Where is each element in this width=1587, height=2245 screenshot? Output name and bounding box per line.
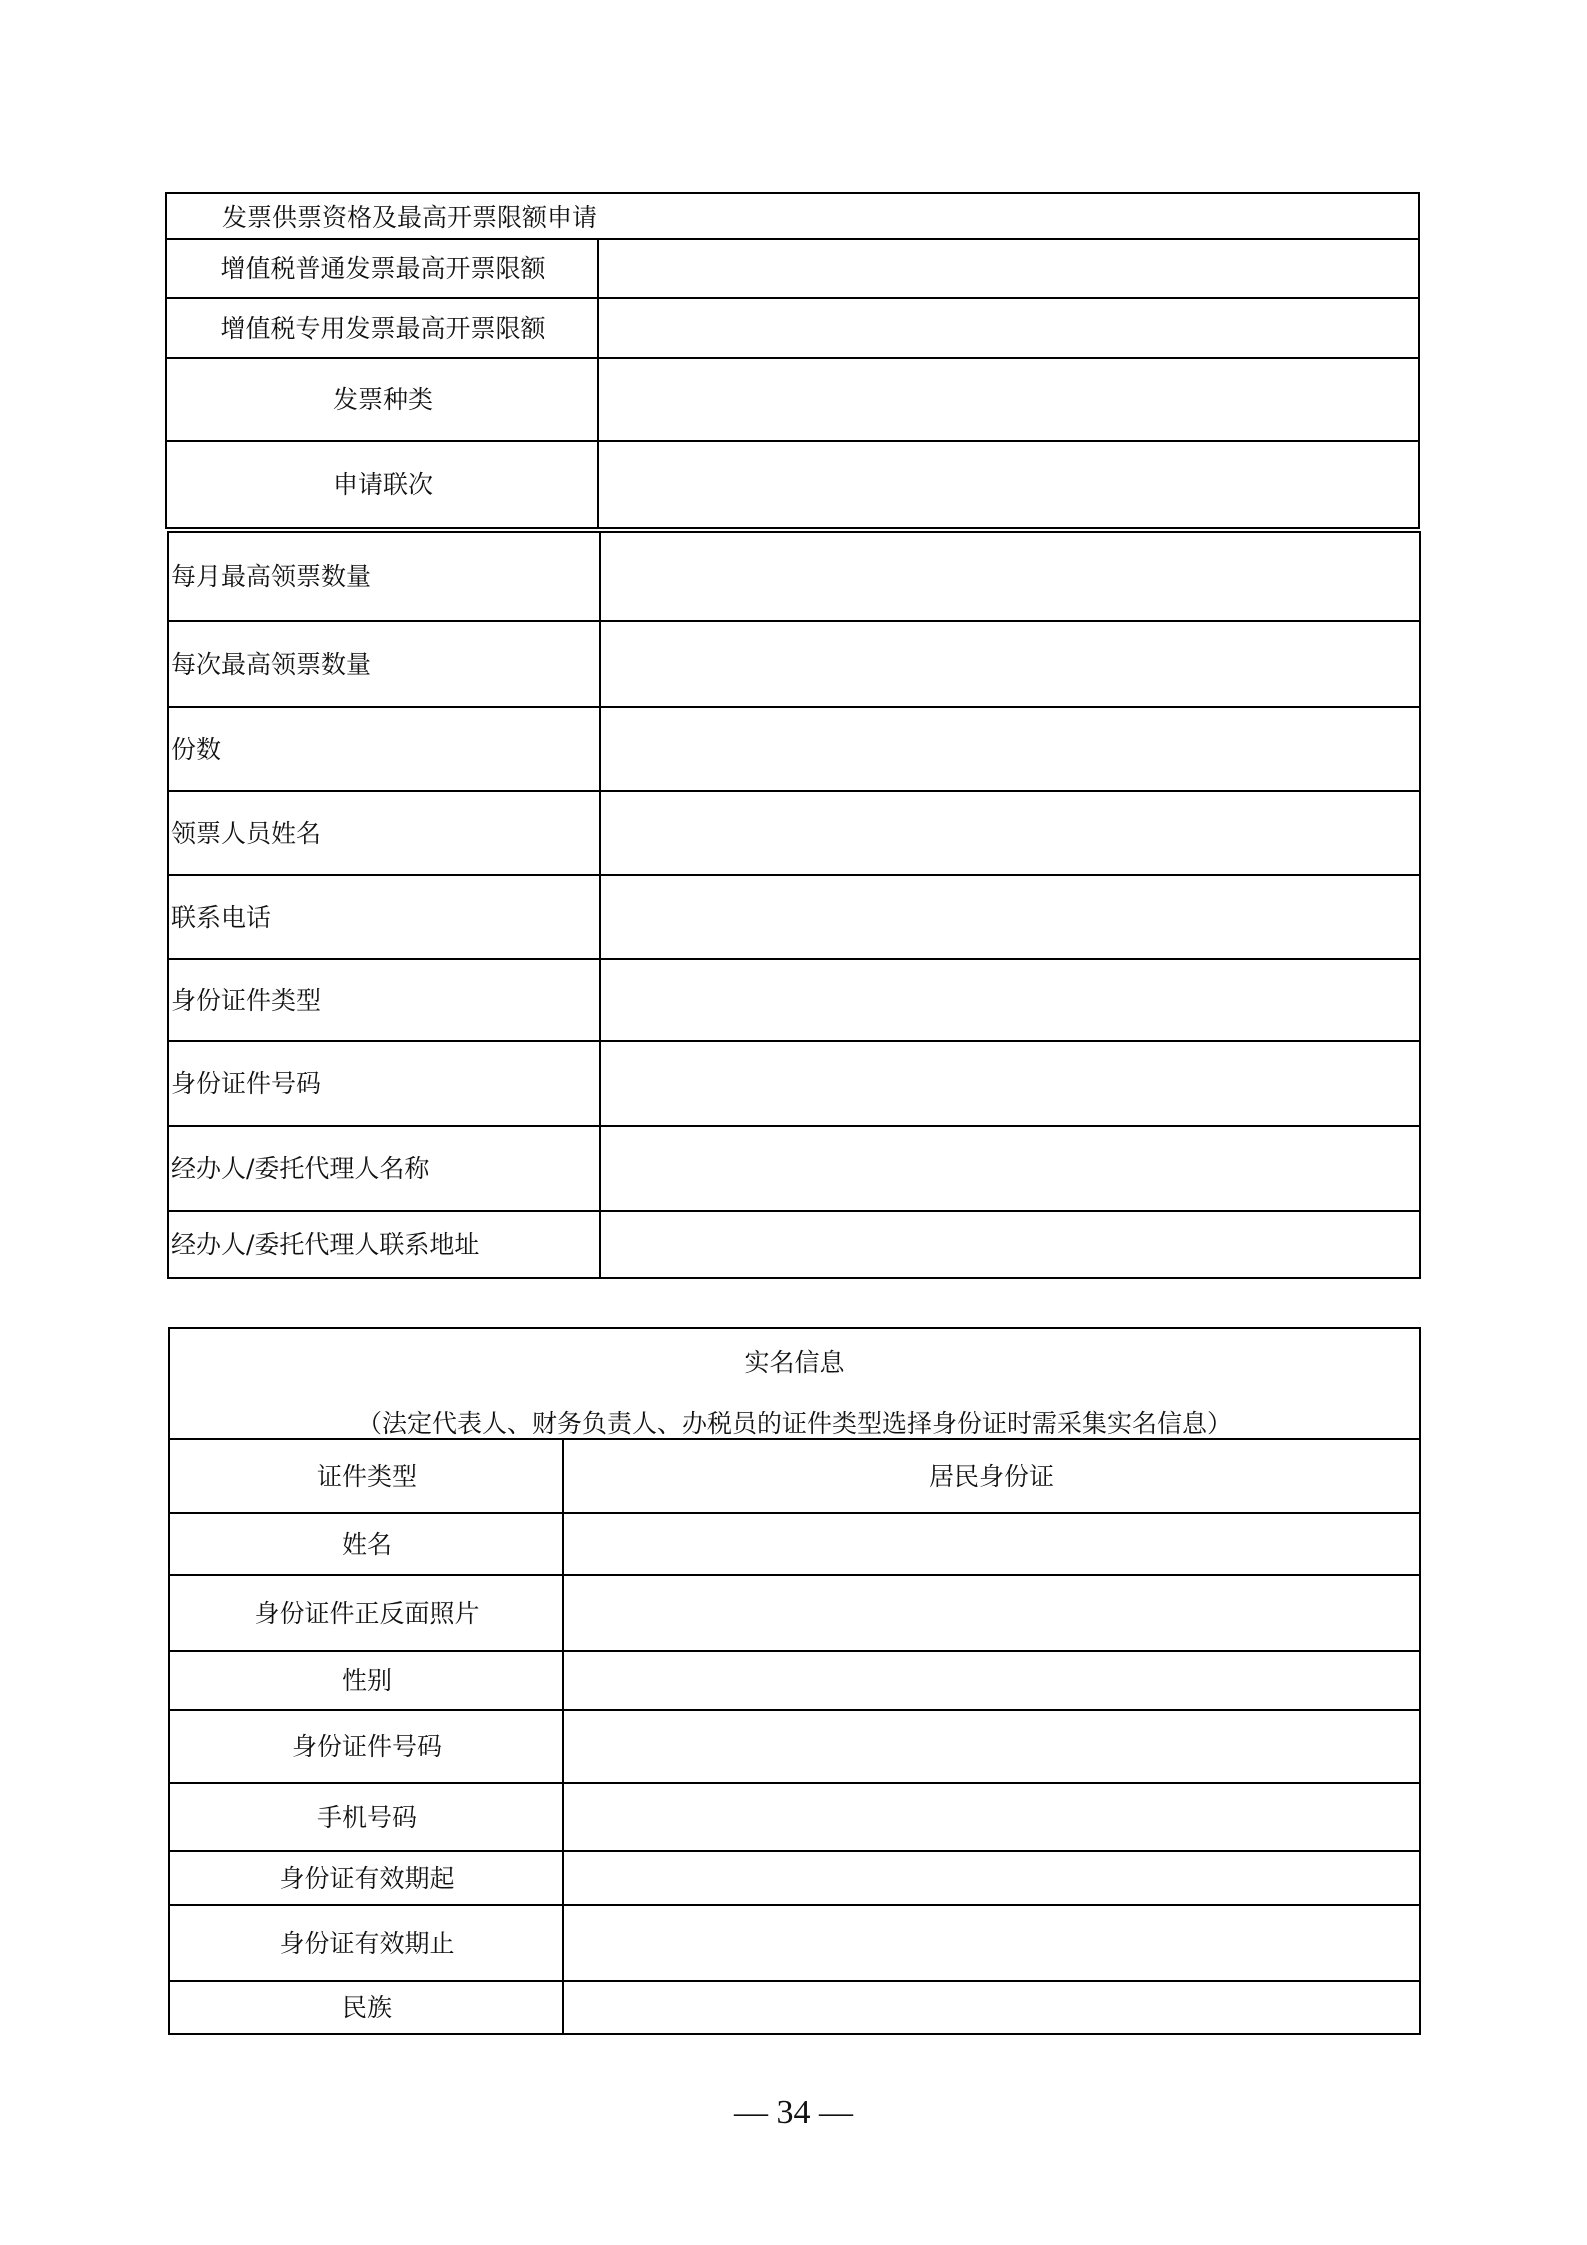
field-label: 性别 [170,1652,564,1709]
table-row: 身份证件号码 [170,1709,1419,1782]
vat-special-invoice-limit-field[interactable] [597,299,1418,357]
table-row: 姓名 [170,1512,1419,1574]
table-row: 证件类型 居民身份证 [170,1438,1419,1512]
table-row: 手机号码 [170,1782,1419,1850]
field-label: 民族 [170,1982,564,2033]
cert-type-field[interactable]: 居民身份证 [562,1440,1419,1512]
field-label: 每次最高领票数量 [169,622,601,706]
table-row: 经办人/委托代理人联系地址 [169,1210,1419,1277]
table-row: 身份证件号码 [169,1040,1419,1125]
field-label: 身份证件号码 [169,1042,601,1125]
field-label: 手机号码 [170,1784,564,1850]
realname-id-number-field[interactable] [562,1711,1419,1782]
table-row: 经办人/委托代理人名称 [169,1125,1419,1210]
invoice-limit-title: 发票供票资格及最高开票限额申请 [167,194,1418,238]
table-row: 申请联次 [167,440,1418,527]
gender-field[interactable] [562,1652,1419,1709]
invoice-limit-table: 发票供票资格及最高开票限额申请 增值税普通发票最高开票限额 增值税专用发票最高开… [165,192,1420,529]
field-label: 每月最高领票数量 [169,533,601,620]
table-row: 份数 [169,706,1419,790]
monthly-max-invoices-field[interactable] [599,533,1419,620]
realname-subtitle: （法定代表人、财务负责人、办税员的证件类型选择身份证时需采集实名信息） [170,1411,1419,1436]
field-label: 申请联次 [167,442,599,527]
table-row: 领票人员姓名 [169,790,1419,874]
field-label: 联系电话 [169,876,601,958]
field-label: 发票种类 [167,359,599,440]
agent-name-field[interactable] [599,1127,1419,1210]
field-label: 身份证件类型 [169,960,601,1040]
table-row: 增值税普通发票最高开票限额 [167,238,1418,297]
field-label: 身份证有效期止 [170,1906,564,1980]
id-photo-field[interactable] [562,1576,1419,1650]
field-label: 经办人/委托代理人联系地址 [169,1212,601,1277]
ethnicity-field[interactable] [562,1982,1419,2033]
field-label: 份数 [169,708,601,790]
id-type-field[interactable] [599,960,1419,1040]
field-label: 姓名 [170,1514,564,1574]
page-number: — 34 — [0,2094,1587,2132]
mobile-field[interactable] [562,1784,1419,1850]
table-row: 每次最高领票数量 [169,620,1419,706]
id-number-field[interactable] [599,1042,1419,1125]
id-valid-from-field[interactable] [562,1852,1419,1904]
name-field[interactable] [562,1514,1419,1574]
table-row: 身份证有效期起 [170,1850,1419,1904]
realname-info-table: 实名信息 （法定代表人、财务负责人、办税员的证件类型选择身份证时需采集实名信息）… [168,1327,1421,2035]
table-row: 性别 [170,1650,1419,1709]
invoice-type-field[interactable] [597,359,1418,440]
table-row: 身份证件类型 [169,958,1419,1040]
field-label: 领票人员姓名 [169,792,601,874]
table-row: 增值税专用发票最高开票限额 [167,297,1418,357]
phone-field[interactable] [599,876,1419,958]
vat-normal-invoice-limit-field[interactable] [597,240,1418,297]
realname-header-row: 实名信息 （法定代表人、财务负责人、办税员的证件类型选择身份证时需采集实名信息） [170,1329,1419,1438]
table-row: 身份证有效期止 [170,1904,1419,1980]
table-row: 民族 [170,1980,1419,2033]
id-valid-to-field[interactable] [562,1906,1419,1980]
field-label: 证件类型 [170,1440,564,1512]
table-row: 每月最高领票数量 [169,533,1419,620]
field-label: 增值税普通发票最高开票限额 [167,240,599,297]
invoice-limit-title-row: 发票供票资格及最高开票限额申请 [167,194,1418,238]
receiver-name-field[interactable] [599,792,1419,874]
copies-field[interactable] [599,708,1419,790]
realname-title: 实名信息 [170,1350,1419,1375]
table-row: 身份证件正反面照片 [170,1574,1419,1650]
per-time-max-invoices-field[interactable] [599,622,1419,706]
field-label: 身份证有效期起 [170,1852,564,1904]
agent-address-field[interactable] [599,1212,1419,1277]
invoice-copies-field[interactable] [597,442,1418,527]
field-label: 经办人/委托代理人名称 [169,1127,601,1210]
field-label: 身份证件正反面照片 [170,1576,564,1650]
field-label: 增值税专用发票最高开票限额 [167,299,599,357]
receipt-info-table: 每月最高领票数量 每次最高领票数量 份数 领票人员姓名 联系电话 身份证件类型 … [167,531,1421,1279]
table-row: 联系电话 [169,874,1419,958]
table-row: 发票种类 [167,357,1418,440]
field-label: 身份证件号码 [170,1711,564,1782]
